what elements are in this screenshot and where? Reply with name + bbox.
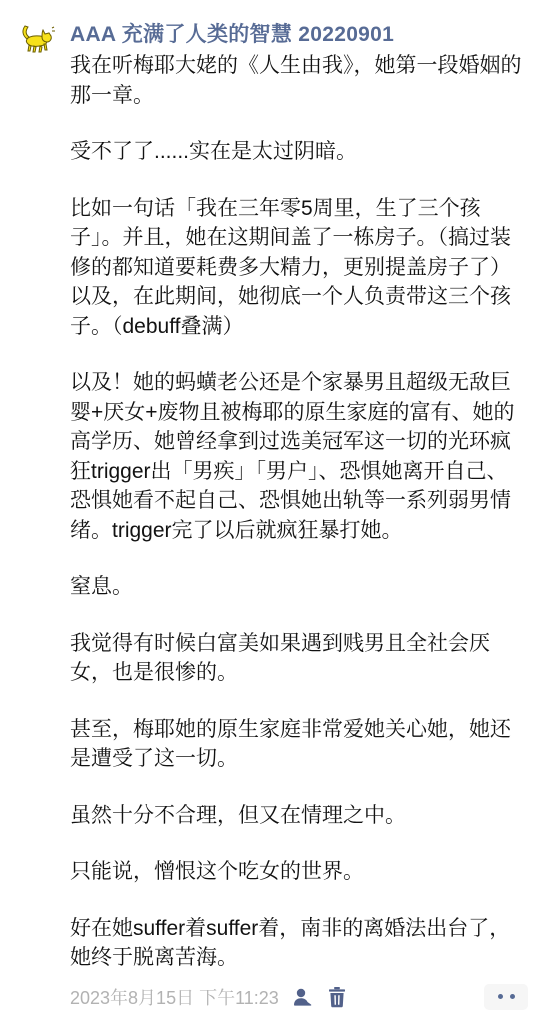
post-paragraph: 好在她suffer着suffer着，南非的离婚法出台了，她终于脱离苦海。 — [70, 914, 528, 973]
post-paragraph: 受不了了......实在是太过阴暗。 — [70, 137, 528, 167]
post-paragraph: 窒息。 — [70, 572, 528, 602]
timestamp: 2023年8月15日 下午11:23 — [70, 984, 279, 1010]
post-paragraph: 比如一句话「我在三年零5周里，生了三个孩子」。并且，她在这期间盖了一栋房子。（搞… — [70, 194, 528, 342]
post-paragraph: 我在听梅耶大姥的《人生由我》，她第一段婚姻的那一章。 — [70, 51, 528, 110]
post-paragraph: 虽然十分不合理，但又在情理之中。 — [70, 801, 528, 831]
more-dot-icon — [510, 994, 515, 999]
post-content: AAA 充满了人类的智慧 20220901 我在听梅耶大姥的《人生由我》，她第一… — [70, 20, 528, 1012]
post-paragraph: 我觉得有时候白富美如果遇到贱男且全社会厌女，也是很惨的。 — [70, 629, 528, 688]
post-paragraph: 以及！她的蚂蟥老公还是个家暴男且超级无敌巨婴+厌女+废物且被梅耶的原生家庭的富有… — [70, 368, 528, 545]
trash-icon — [327, 986, 347, 1008]
more-dot-icon — [498, 994, 503, 999]
post-footer: 2023年8月15日 下午11:23 — [70, 982, 528, 1012]
moments-post: AAA 充满了人类的智慧 20220901 我在听梅耶大姥的《人生由我》，她第一… — [0, 0, 541, 1012]
comment-like-button[interactable] — [484, 984, 528, 1010]
person-button[interactable] — [291, 986, 315, 1008]
post-paragraph: 只能说，憎恨这个吃女的世界。 — [70, 857, 528, 887]
post-paragraph: 甚至，梅耶她的原生家庭非常爱她关心她，她还是遭受了这一切。 — [70, 715, 528, 774]
avatar[interactable] — [16, 20, 56, 60]
yellow-cat-icon — [16, 20, 56, 60]
post-body: 我在听梅耶大姥的《人生由我》，她第一段婚姻的那一章。 受不了了......实在是… — [70, 51, 528, 973]
person-icon — [291, 986, 315, 1008]
username[interactable]: AAA 充满了人类的智慧 20220901 — [70, 20, 528, 50]
delete-button[interactable] — [327, 986, 347, 1008]
